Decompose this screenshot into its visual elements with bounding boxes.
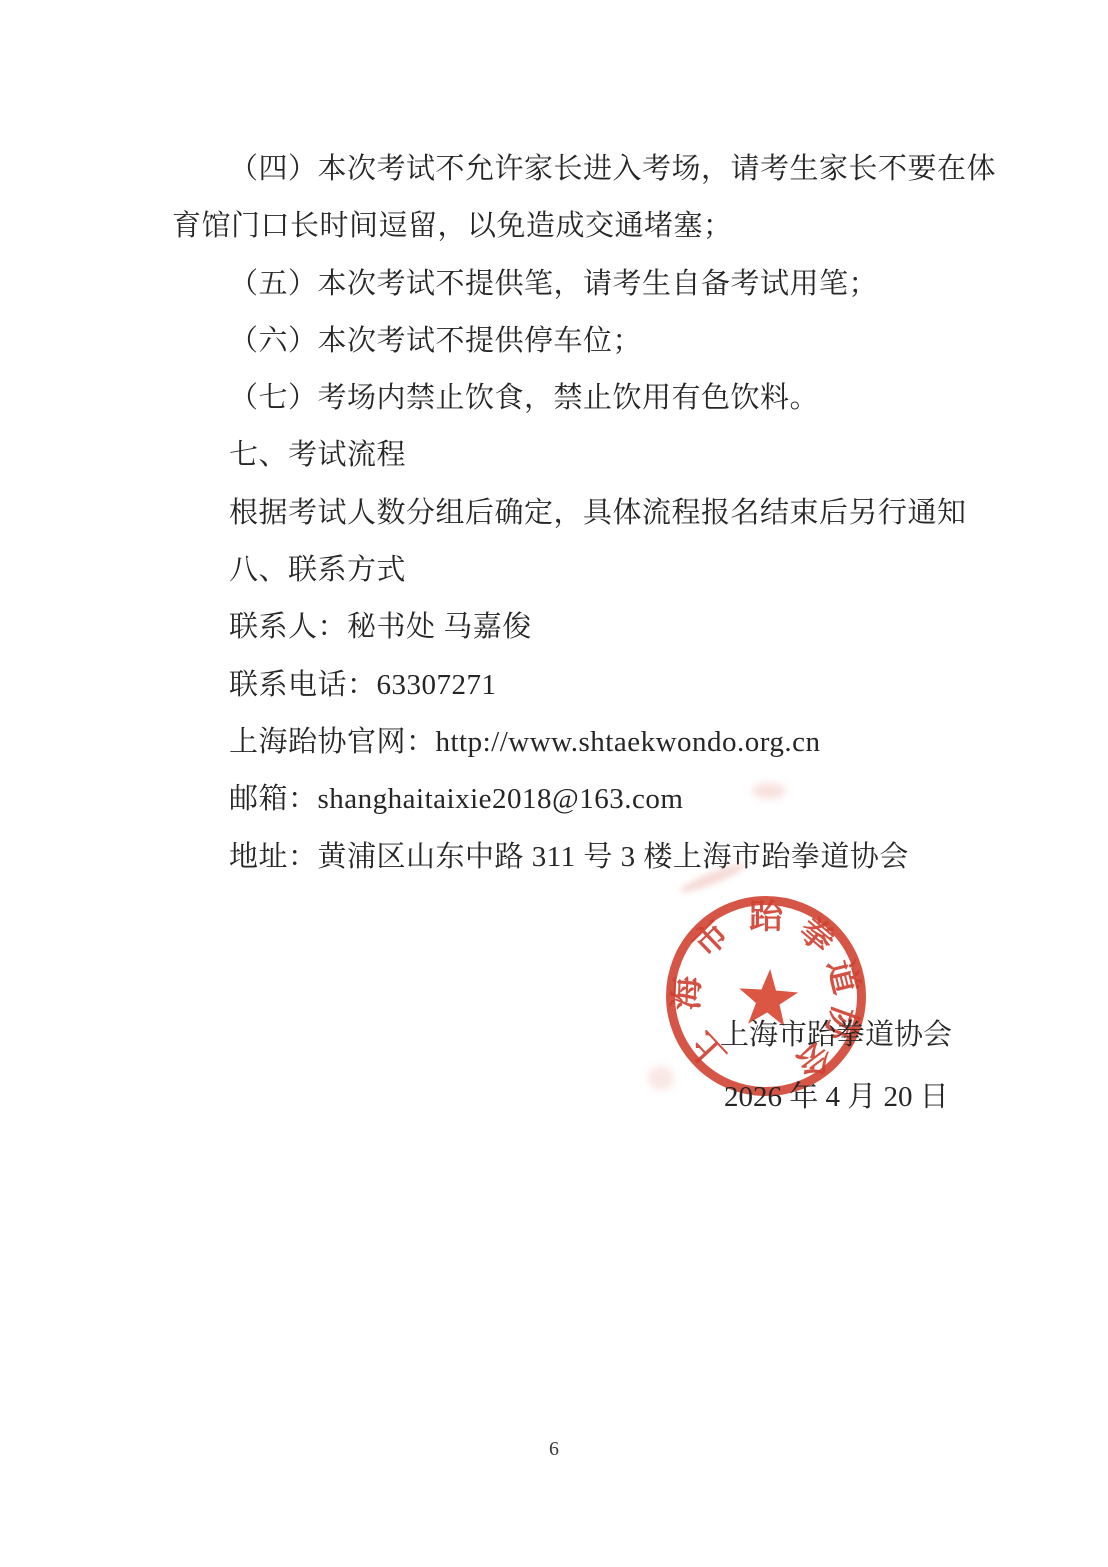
paragraph-item-7: （七）考场内禁止饮食，禁止饮用有色饮料。 xyxy=(172,370,982,427)
official-seal: 上 海 市 跆 拳 道 协 会 xyxy=(656,886,876,1106)
paragraph-exam-process: 根据考试人数分组后确定，具体流程报名结束后另行通知 xyxy=(172,485,982,542)
paragraph-item-4-line-2: 育馆门口长时间逗留，以免造成交通堵塞； xyxy=(172,198,982,255)
seal-char: 拳 xyxy=(792,910,842,961)
contact-website-line: 上海跆协官网：http://www.shtaekwondo.org.cn xyxy=(172,714,982,771)
section-heading-exam-process: 七、考试流程 xyxy=(172,427,982,484)
seal-char: 市 xyxy=(686,914,737,965)
page-number: 6 xyxy=(0,1438,1108,1461)
document-page: （四）本次考试不允许家长进入考场，请考生家长不要在体 育馆门口长时间逗留，以免造… xyxy=(0,0,1108,1567)
document-body: （四）本次考试不允许家长进入考场，请考生家长不要在体 育馆门口长时间逗留，以免造… xyxy=(172,141,982,886)
contact-person-line: 联系人：秘书处 马嘉俊 xyxy=(172,599,982,656)
seal-char: 跆 xyxy=(749,898,784,936)
section-heading-contact: 八、联系方式 xyxy=(172,542,982,599)
paragraph-item-5: （五）本次考试不提供笔，请考生自备考试用笔； xyxy=(172,256,982,313)
signature-organization: 上海市跆拳道协会 xyxy=(720,1012,952,1053)
paragraph-item-4-line-1: （四）本次考试不允许家长进入考场，请考生家长不要在体 xyxy=(172,141,982,198)
contact-address-line: 地址：黄浦区山东中路 311 号 3 楼上海市跆拳道协会 xyxy=(172,829,982,886)
contact-phone-line: 联系电话：63307271 xyxy=(172,657,982,714)
signature-date: 2026 年 4 月 20 日 xyxy=(724,1074,949,1115)
contact-email-line: 邮箱：shanghaitaixie2018@163.com xyxy=(172,771,982,828)
seal-char: 海 xyxy=(667,976,706,1011)
paragraph-item-6: （六）本次考试不提供停车位； xyxy=(172,313,982,370)
